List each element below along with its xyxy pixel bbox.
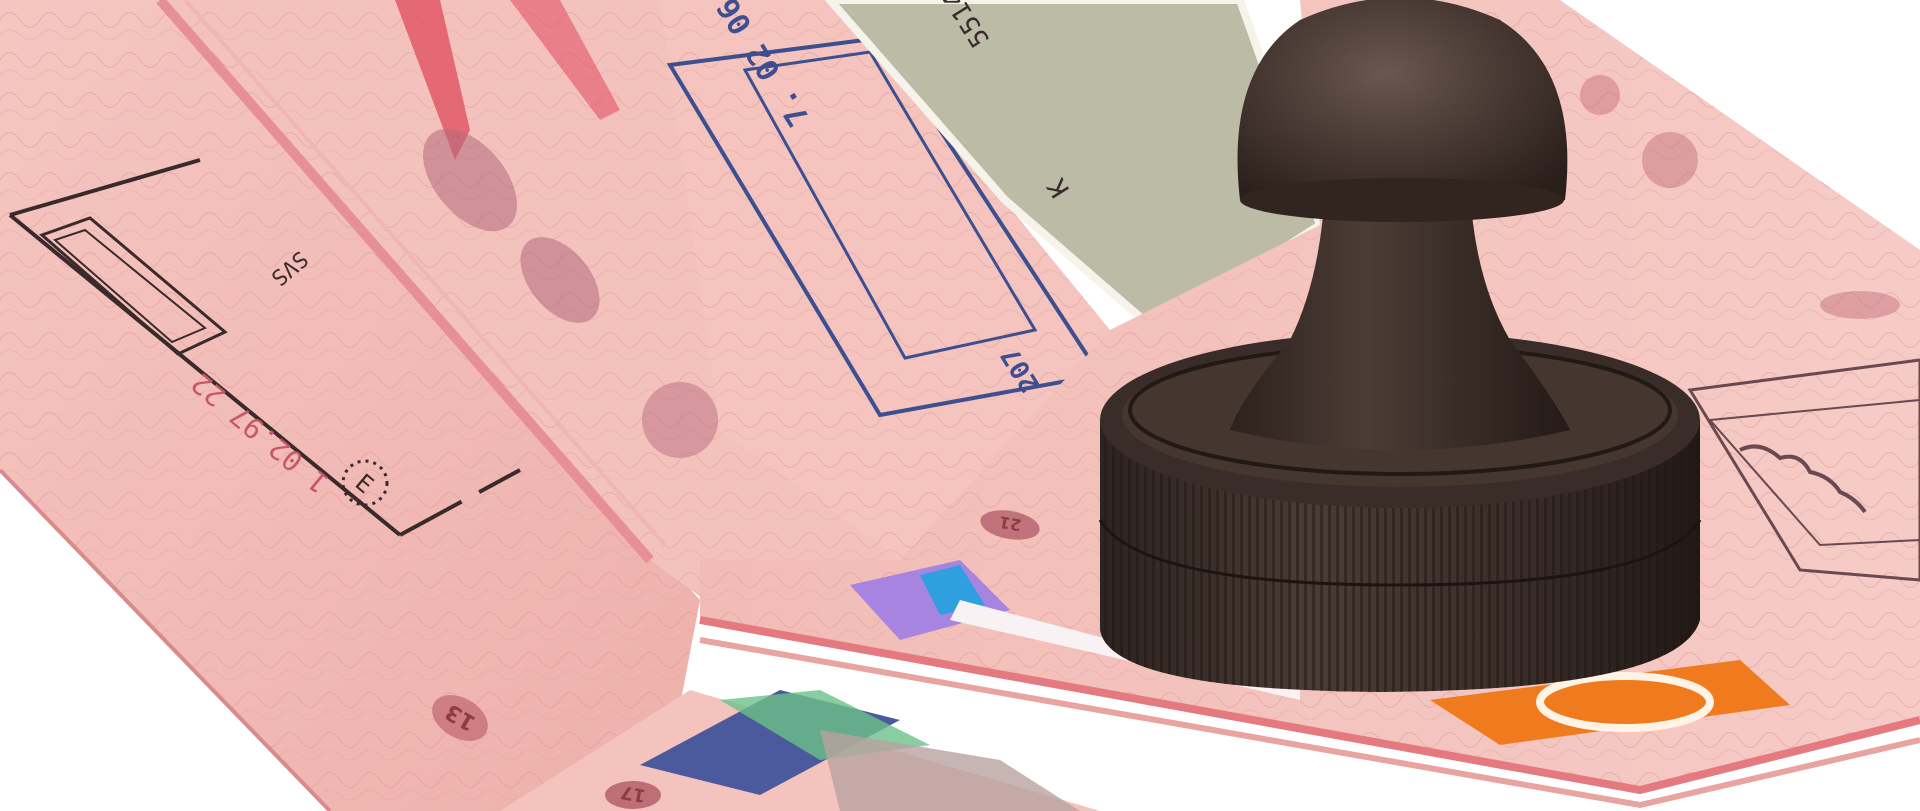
page-number-right: 21: [998, 512, 1023, 535]
passport-photo: E SVS 1 02.97 22 13: [0, 0, 1920, 811]
photo-canvas: E SVS 1 02.97 22 13: [0, 0, 1920, 811]
page-number-bottom: 17: [619, 781, 647, 806]
